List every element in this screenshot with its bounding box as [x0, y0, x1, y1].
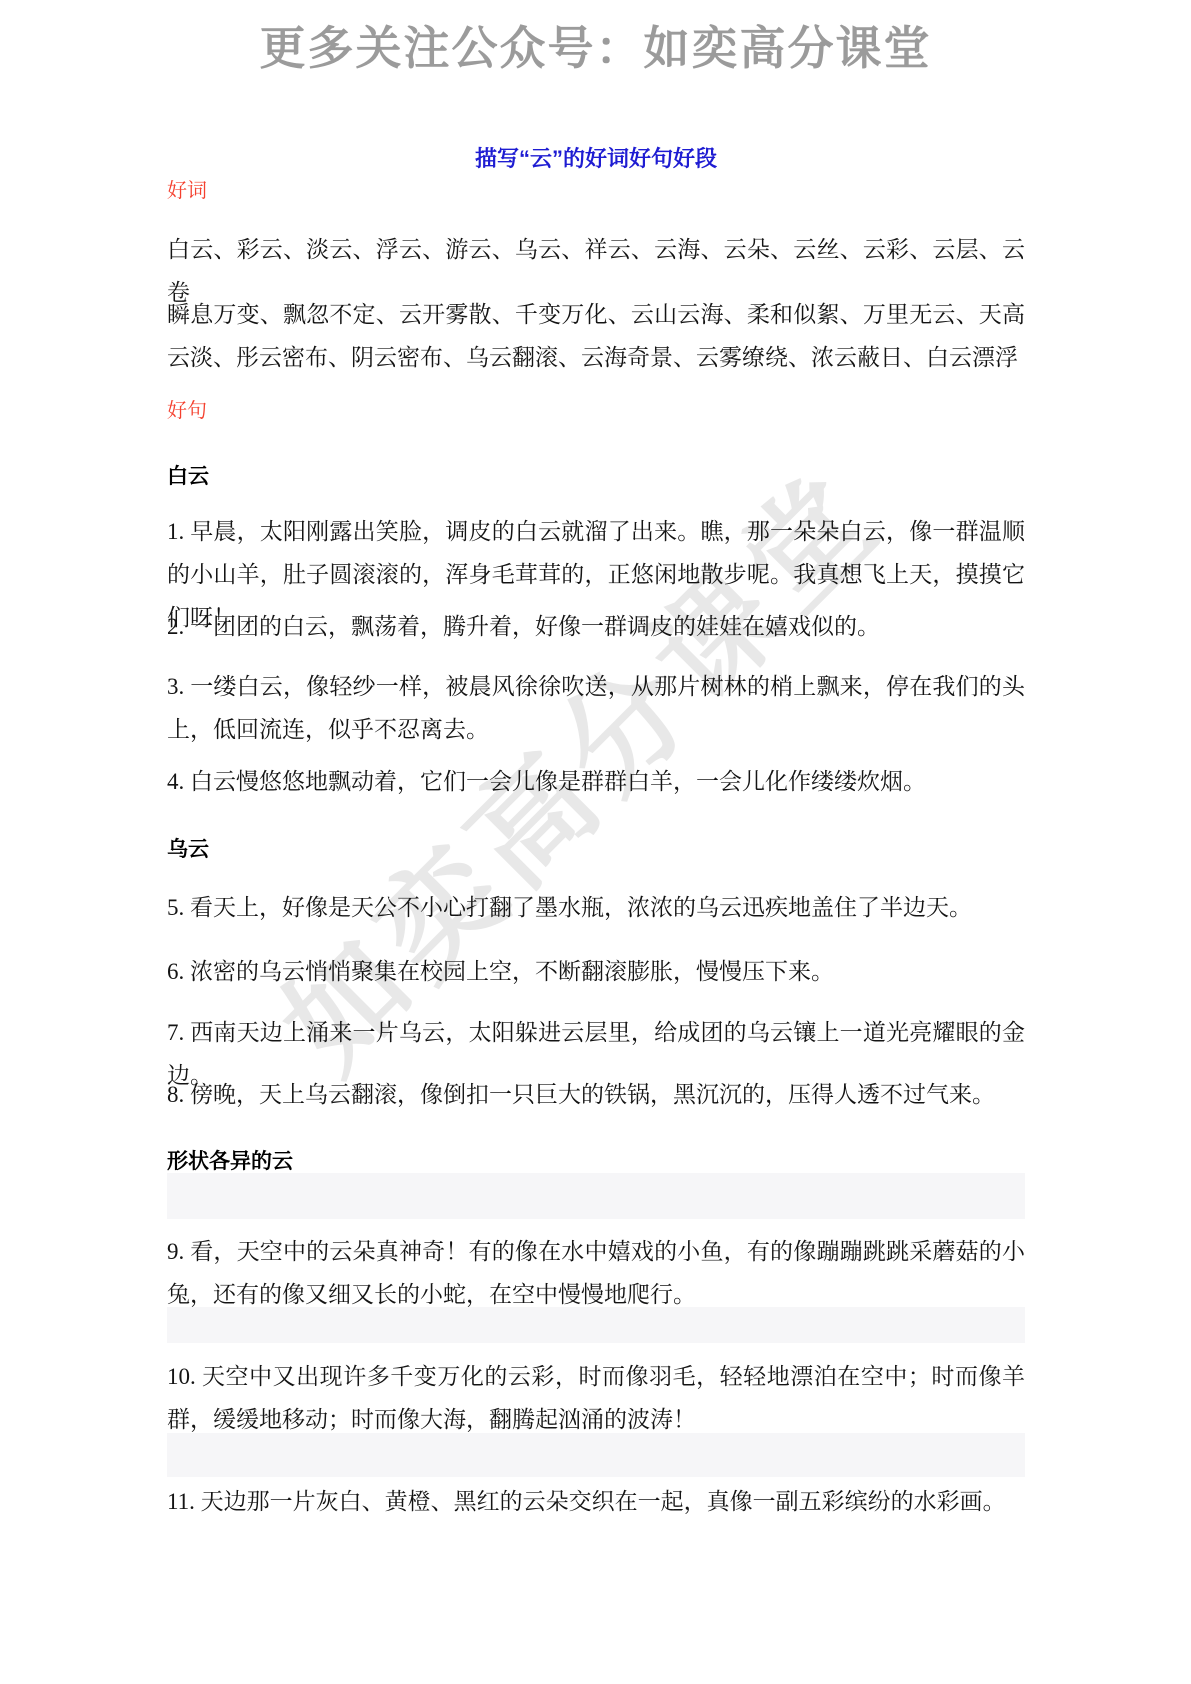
sentence-4: 4. 白云慢悠悠地飘动着，它们一会儿像是群群白羊，一会儿化作缕缕炊烟。: [167, 760, 1025, 803]
subsection-heading-white-clouds: 白云: [167, 460, 209, 490]
sentence-9: 9. 看，天空中的云朵真神奇！有的像在水中嬉戏的小鱼，有的像蹦蹦跳跳采蘑菇的小兔…: [167, 1230, 1025, 1316]
sentence-5: 5. 看天上，好像是天公不小心打翻了墨水瓶，浓浓的乌云迅疾地盖住了半边天。: [167, 886, 1025, 929]
sentence-3: 3. 一缕白云，像轻纱一样，被晨风徐徐吹送，从那片树林的梢上飘来，停在我们的头上…: [167, 665, 1025, 751]
doc-title: 描写“云”的好词好句好段: [167, 142, 1025, 173]
section-label-good-sentences: 好句: [167, 394, 207, 423]
section-label-good-words: 好词: [167, 174, 207, 203]
subsection-heading-varied-shapes: 形状各异的云: [167, 1145, 293, 1175]
sentence-6: 6. 浓密的乌云悄悄聚集在校园上空，不断翻滚膨胀，慢慢压下来。: [167, 950, 1025, 993]
sentence-2: 2. 一团团的白云，飘荡着，腾升着，好像一群调皮的娃娃在嬉戏似的。: [167, 605, 1025, 648]
sentence-8: 8. 傍晚，天上乌云翻滚，像倒扣一只巨大的铁锅，黑沉沉的，压得人透不过气来。: [167, 1073, 1025, 1116]
sentence-10: 10. 天空中又出现许多千变万化的云彩，时而像羽毛，轻轻地漂泊在空中；时而像羊群…: [167, 1355, 1025, 1441]
word-list-line-2: 瞬息万变、飘忽不定、云开雾散、千变万化、云山云海、柔和似絮、万里无云、天高云淡、…: [167, 293, 1025, 379]
document-page: 如奕高分课堂 更多关注公众号：如奕高分课堂 描写“云”的好词好句好段 好词 白云…: [0, 0, 1191, 1684]
highlight-band-1: [167, 1173, 1025, 1219]
subsection-heading-dark-clouds: 乌云: [167, 833, 209, 863]
sentence-11: 11. 天边那一片灰白、黄橙、黑红的云朵交织在一起，真像一副五彩缤纷的水彩画。: [167, 1480, 1025, 1523]
page-header: 更多关注公众号：如奕高分课堂: [0, 12, 1191, 78]
